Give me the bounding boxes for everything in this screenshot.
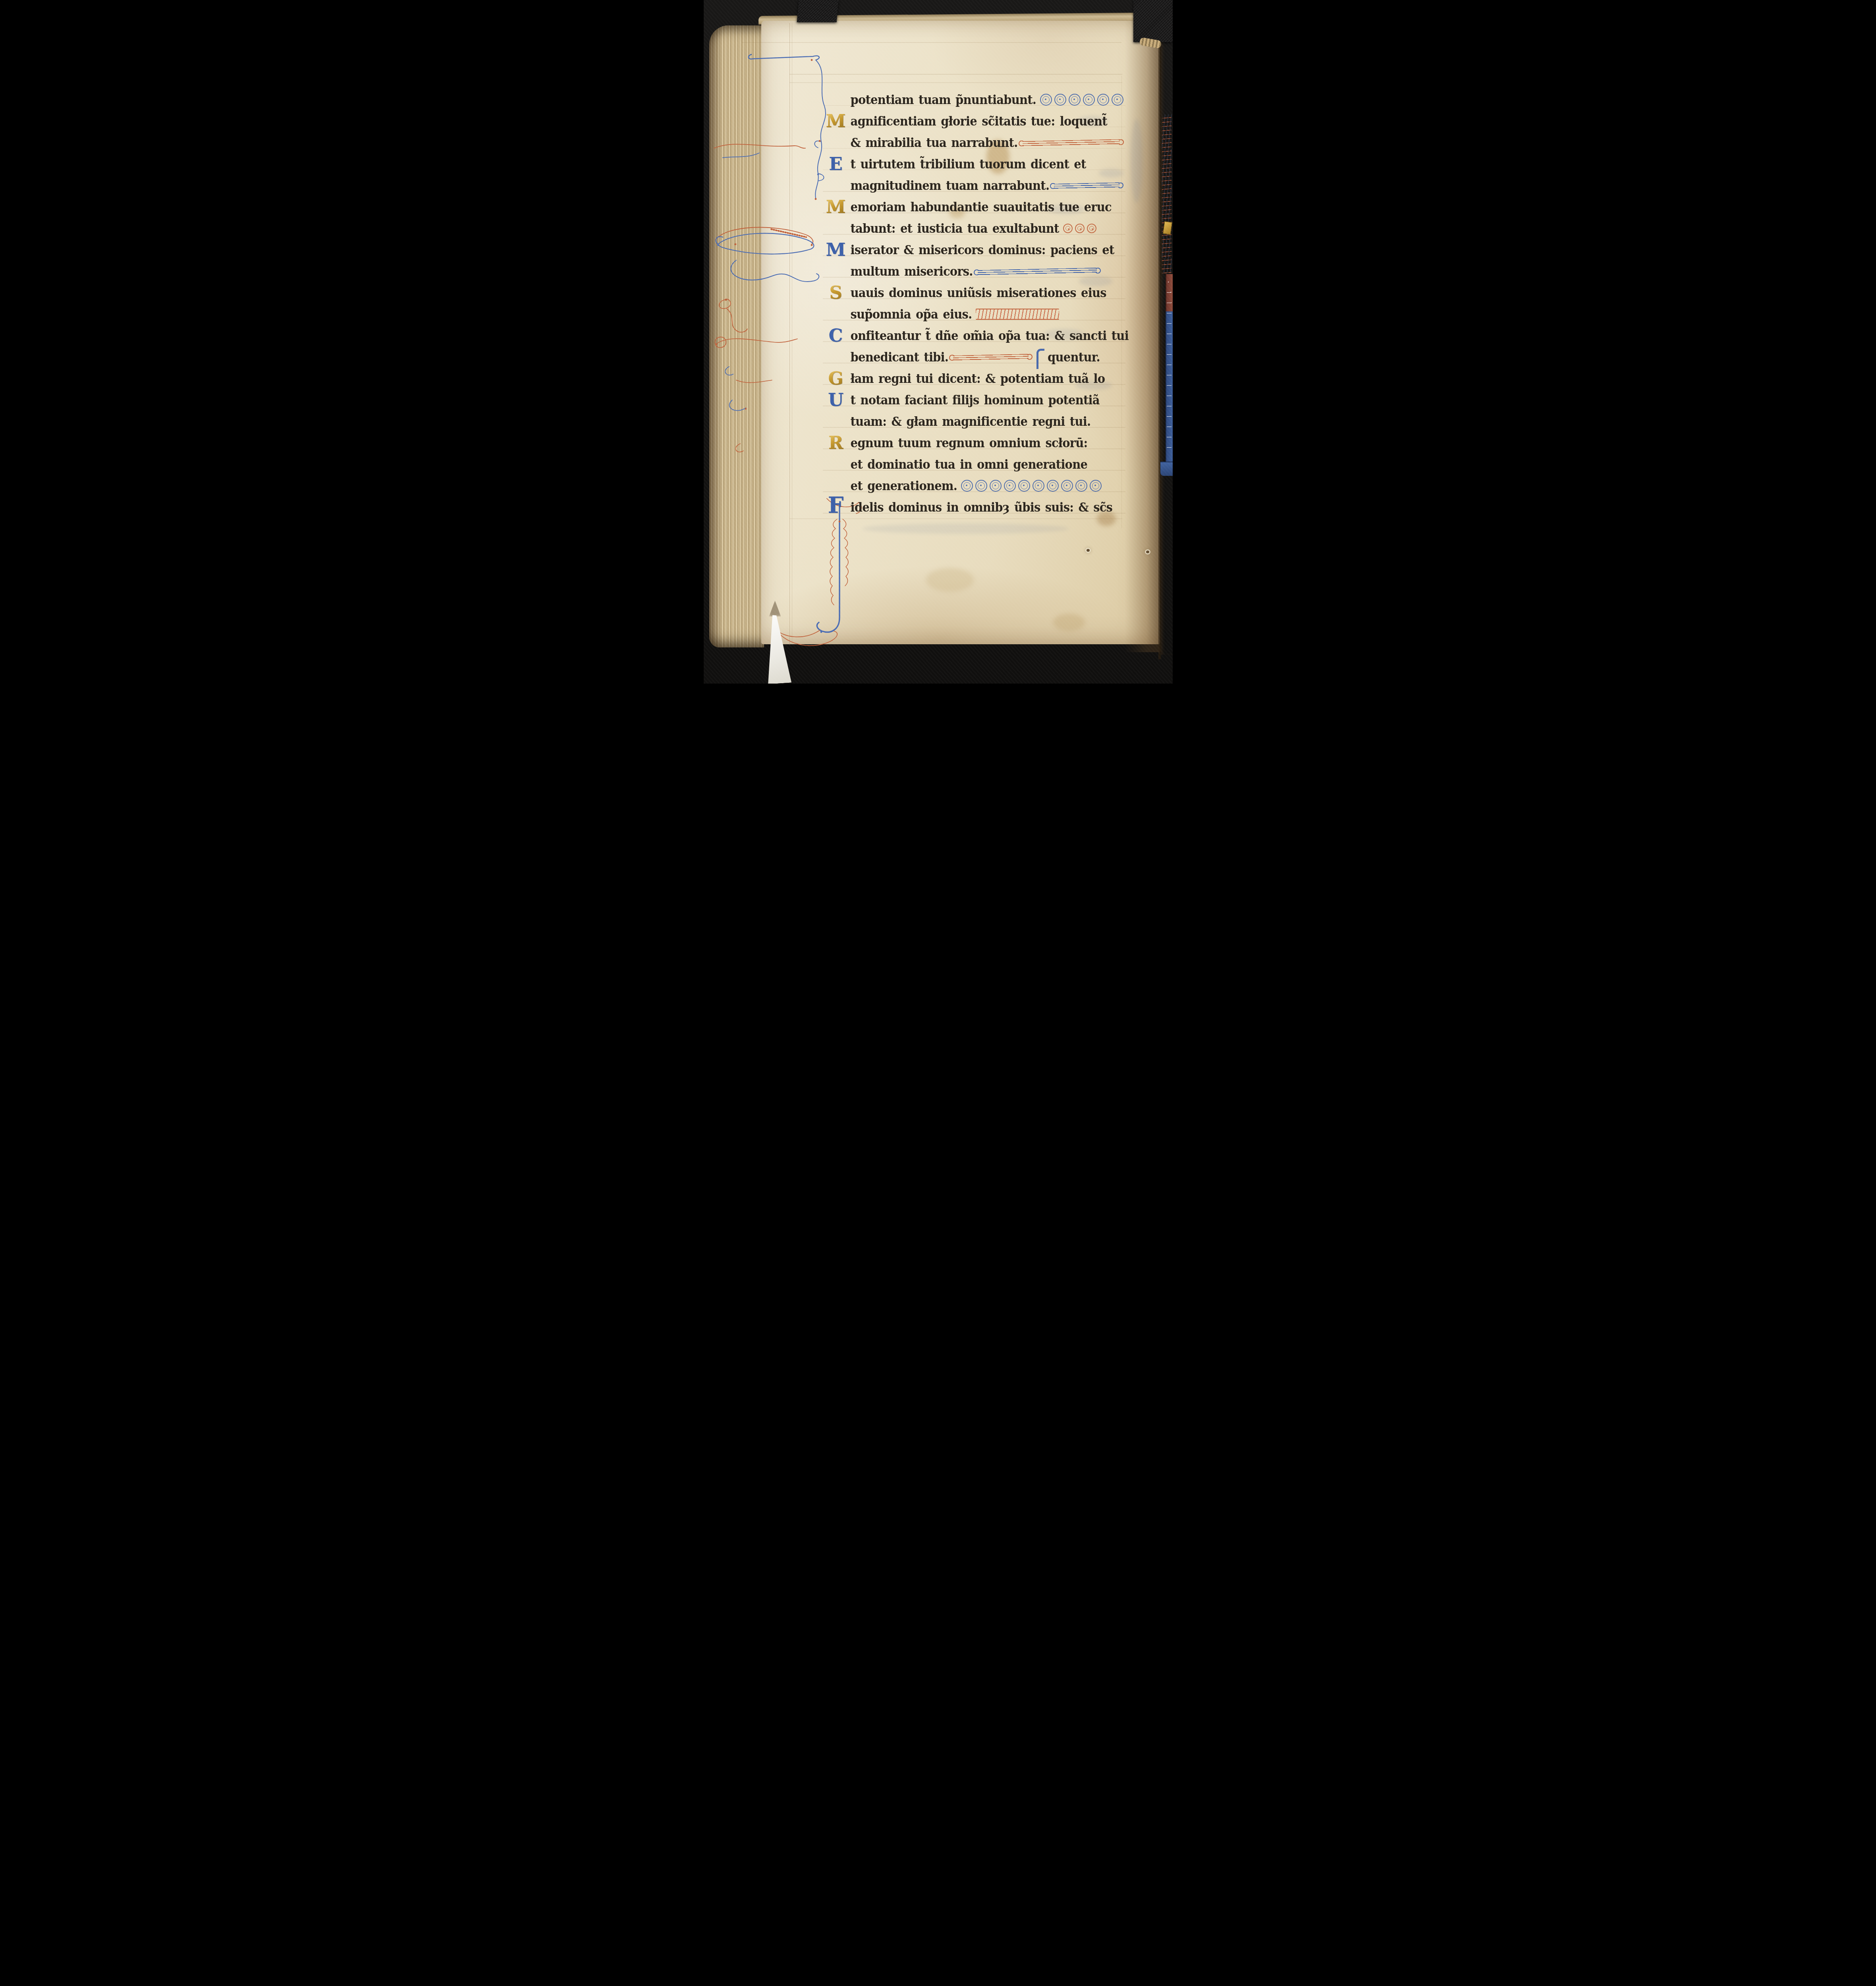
text-line: Regnum tuum regnum omnium scłorū: [823,432,1125,454]
verse-text-continued: quentur. [1048,345,1100,369]
ruling-line [789,82,1122,83]
verse-text: sup̃omnia op̃a eius. [851,302,972,326]
text-line: Memoriam habundantie suauitatis tue eruc [823,196,1125,218]
text-line: Et uirtutem t̃ribilium tuorum dicent et [823,153,1125,175]
spiral-ornament [1112,94,1123,106]
text-block: potentiam tuam p̃nuntiabunt.Magnificenti… [823,89,1125,518]
verse-text: agnificentiam głorie sc̃itatis tue: loqu… [851,109,1107,133]
gutter-crease [1158,24,1161,659]
line-filler-scroll [1054,182,1119,189]
line-filler-spirals [961,480,1102,492]
text-line: Miserator & misericors dominus: paciens … [823,239,1125,261]
spiral-ornament [1047,480,1059,492]
text-line: & mirabilia tua narrabunt. [823,132,1125,153]
text-line: Fidelis dominus in omnibȝ ũbis suis: & s… [823,496,1125,518]
text-line: Ut notam faciant filijs hominum potentiã [823,389,1125,411]
line-filler-band [976,309,1059,320]
spiral-ornament [1075,224,1085,233]
spiral-ornament [1033,480,1044,492]
verse-initial: M [824,240,848,260]
text-line: potentiam tuam p̃nuntiabunt. [823,89,1125,110]
spiral-ornament [1083,94,1095,106]
facing-page-initial-foot [1160,462,1173,476]
text-line: et generationem. [823,475,1125,496]
ruling-line [743,25,743,581]
line-filler-spirals [1040,94,1123,106]
spiral-ornament [1004,480,1016,492]
verse-initial: S [824,282,848,303]
spiral-ornament [1069,94,1081,106]
verse-initial: M [824,111,848,131]
verse-text: tabunt: et iusticia tua exultabunt [851,216,1059,240]
ruling-line [789,23,790,645]
verse-text: iserator & misericors dominus: paciens e… [851,238,1114,262]
line-filler-spirals [1063,224,1096,233]
text-line: Głam regni tui dicent: & potentiam tuã l… [823,368,1125,389]
text-line: benedicant tibi.quentur. [823,346,1125,368]
wormhole [1146,551,1149,553]
book-strap-right [1133,0,1173,42]
line-filler-scroll [978,267,1097,275]
line-filler-scroll [953,354,1029,361]
verse-text: tuam: & głam magnificentie regni tui. [851,410,1091,433]
text-line: sup̃omnia op̃a eius. [823,303,1125,325]
spiral-ornament [1075,480,1087,492]
verse-text: & mirabilia tua narrabunt. [851,131,1018,155]
spiral-ornament [1061,480,1073,492]
verse-text: onfiteantur t̃ dñe om̃ia op̃a tua: & san… [851,324,1129,348]
page-edge-stack [709,25,764,647]
verse-text: t uirtutem t̃ribilium tuorum dicent et [851,152,1086,176]
manuscript-photo: potentiam tuam p̃nuntiabunt.Magnificenti… [704,0,1173,684]
spiral-ornament [1087,224,1096,233]
gutter-shadow [1125,21,1161,652]
text-line: et dominatio tua in omni generatione [823,454,1125,475]
ruling-line [742,42,1121,43]
text-line: tuam: & głam magnificentie regni tui. [823,411,1125,432]
verse-initial: M [824,197,848,217]
spiral-ornament [1097,94,1109,106]
verse-initial: G [824,368,848,389]
tie-bracket [1036,349,1044,369]
verse-initial: R [824,433,848,453]
ruling-line [792,23,793,645]
wormhole [1087,549,1090,552]
text-line: magnitudinem tuam narrabunt. [823,175,1125,196]
text-line: multum misericors. [823,261,1125,282]
verse-text: et dominatio tua in omni generatione [851,452,1088,476]
facing-page-gold-ornament [1162,221,1172,235]
verse-text: magnitudinem tuam narrabunt. [851,174,1050,197]
text-line: Confiteantur t̃ dñe om̃ia op̃a tua: & sa… [823,325,1125,346]
verse-initial: C [824,325,848,346]
spiral-ornament [961,480,973,492]
verse-text: łam regni tui dicent: & potentiam tuã lo [851,367,1105,390]
text-line: Magnificentiam głorie sc̃itatis tue: loq… [823,110,1125,132]
spiral-ornament [1040,94,1052,106]
spiral-ornament [1054,94,1066,106]
verse-text: egnum tuum regnum omnium scłorū: [851,431,1088,455]
verse-initial: F [824,495,848,516]
verse-text: benedicant tibi. [851,345,949,369]
spiral-ornament [1063,224,1073,233]
spiral-ornament [1090,480,1102,492]
verse-text: multum misericors. [851,259,973,283]
verse-text: emoriam habundantie suauitatis tue eruc [851,195,1112,219]
spiral-ornament [1018,480,1030,492]
spiral-ornament [975,480,987,492]
verse-initial: U [824,390,848,410]
text-line: Suauis dominus uniũsis miserationes eius [823,282,1125,303]
book-strap-left [797,0,838,22]
verse-text: potentiam tuam p̃nuntiabunt. [851,88,1036,112]
verse-text: uauis dominus uniũsis miserationes eius [851,281,1106,305]
verse-text: t notam faciant filijs hominum potentiã [851,388,1100,412]
verse-initial: E [824,154,848,174]
ruling-line [789,74,1122,75]
facing-page-penwork [1162,114,1172,273]
verse-text: idelis dominus in omnibȝ ũbis suis: & sc… [851,495,1113,519]
text-line: tabunt: et iusticia tua exultabunt [823,218,1125,239]
verse-text: et generationem. [851,474,957,498]
line-filler-scroll [1023,139,1120,146]
facing-page-initial-dots [1167,278,1172,458]
spiral-ornament [990,480,1002,492]
